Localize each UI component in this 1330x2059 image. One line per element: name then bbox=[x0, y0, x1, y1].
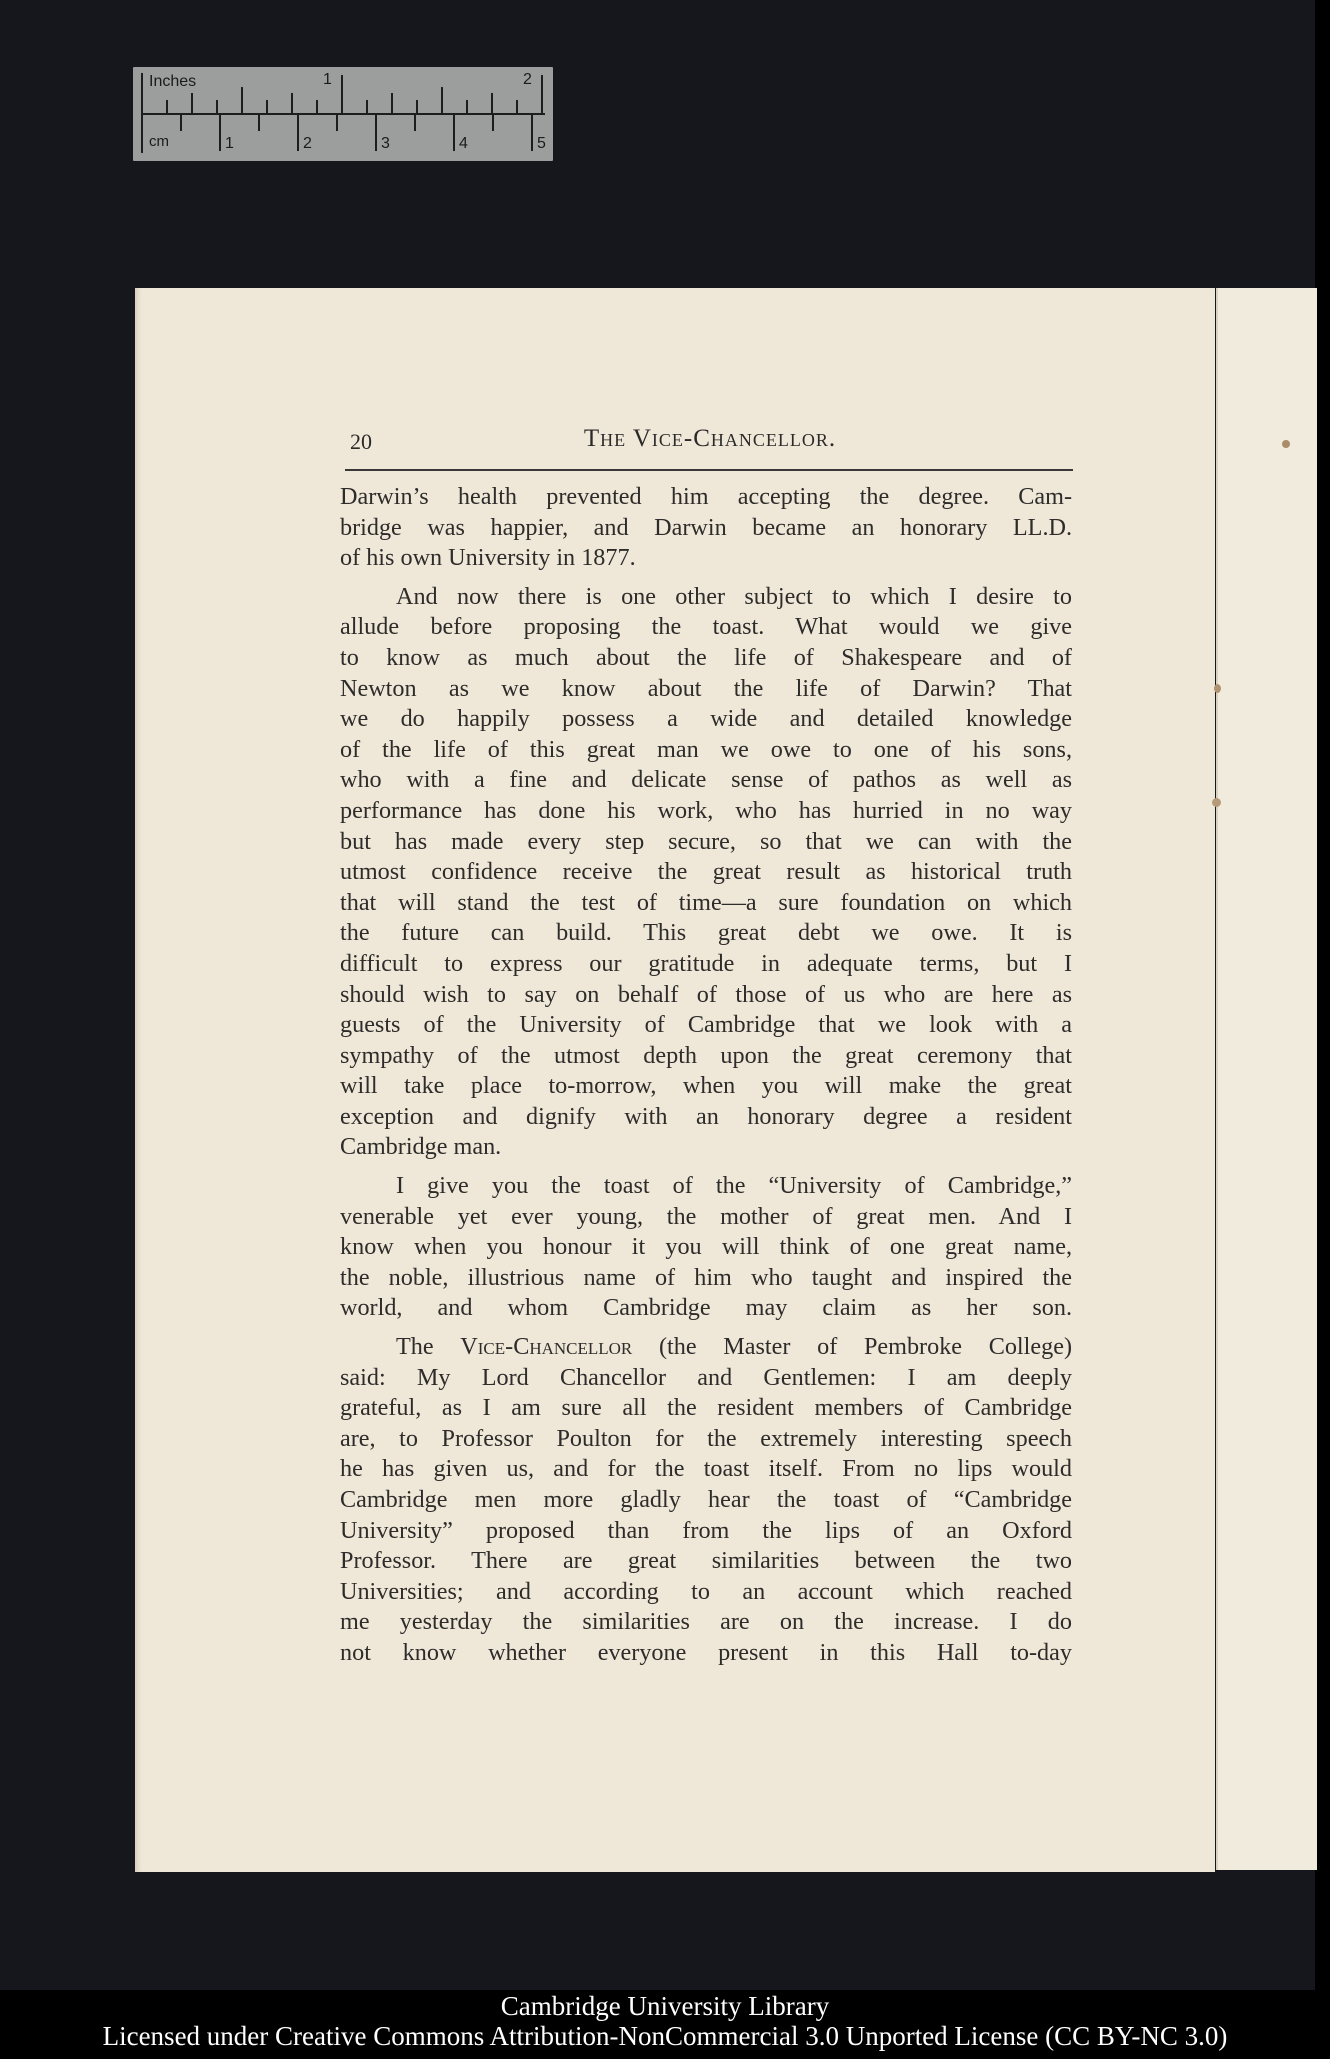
ruler-tick bbox=[216, 100, 218, 113]
ruler-baseline bbox=[141, 113, 545, 115]
running-header: 20 The Vice-Chancellor. bbox=[347, 423, 1073, 463]
ruler-tick bbox=[291, 93, 293, 113]
ruler-tick bbox=[366, 100, 368, 113]
binding-stitch bbox=[1214, 684, 1221, 693]
text-line: Professor. There are great similarities … bbox=[340, 1546, 1072, 1577]
text-line: he has given us, and for the toast itsel… bbox=[340, 1454, 1072, 1485]
ruler-tick bbox=[414, 113, 416, 131]
ruler-cm-label: cm bbox=[149, 133, 169, 150]
text-line: me yesterday the similarities are on the… bbox=[340, 1607, 1072, 1638]
speaker-name: Vice-Chancellor bbox=[460, 1333, 632, 1360]
text-line: but has made every step secure, so that … bbox=[340, 827, 1072, 858]
text-line: the noble, illustrious name of him who t… bbox=[340, 1263, 1072, 1294]
text-line: know when you honour it you will think o… bbox=[340, 1232, 1072, 1263]
text-line: who with a fine and delicate sense of pa… bbox=[340, 765, 1072, 796]
header-rule bbox=[345, 469, 1073, 471]
text-line: performance has done his work, who has h… bbox=[340, 796, 1072, 827]
ruler-tick bbox=[141, 113, 143, 153]
text-fragment: (the Master of Pembroke College) bbox=[632, 1333, 1072, 1360]
text-line: utmost confidence receive the great resu… bbox=[340, 857, 1072, 888]
book-page-right-edge bbox=[1216, 288, 1317, 1870]
text-line: bridge was happier, and Darwin became an… bbox=[340, 513, 1072, 544]
running-title: The Vice-Chancellor. bbox=[347, 425, 1073, 453]
text-line: world, and whom Cambridge may claim as h… bbox=[340, 1293, 1072, 1324]
text-line: Cambridge men more gladly hear the toast… bbox=[340, 1485, 1072, 1516]
ruler-inch-number: 2 bbox=[523, 71, 532, 89]
ruler-tick bbox=[141, 73, 143, 113]
ruler-cm-number: 5 bbox=[537, 135, 546, 153]
ruler-tick bbox=[416, 100, 418, 113]
text-line: And now there is one other subject to wh… bbox=[340, 582, 1072, 613]
ruler-tick bbox=[336, 113, 338, 131]
ruler-tick bbox=[341, 75, 343, 113]
ruler-tick bbox=[541, 75, 543, 113]
paragraph: Darwin’s health prevented him accepting … bbox=[340, 482, 1072, 574]
ruler-cm-number: 1 bbox=[225, 135, 234, 153]
ruler-tick bbox=[531, 113, 533, 151]
body-text: Darwin’s health prevented him accepting … bbox=[340, 482, 1072, 1669]
text-line: Newton as we know about the life of Darw… bbox=[340, 674, 1072, 705]
text-line: Universities; and according to an accoun… bbox=[340, 1577, 1072, 1608]
paper-spot bbox=[1282, 440, 1290, 448]
library-credit: Cambridge University Library bbox=[0, 1991, 1330, 2022]
ruler-tick bbox=[391, 93, 393, 113]
ruler-tick bbox=[191, 93, 193, 113]
text-line: of his own University in 1877. bbox=[340, 543, 1072, 574]
scale-ruler: Inches cm 1 2 1 2 3 4 5 bbox=[133, 67, 553, 161]
text-line: to know as much about the life of Shakes… bbox=[340, 643, 1072, 674]
text-line: Darwin’s health prevented him accepting … bbox=[340, 482, 1072, 513]
binding-stitch bbox=[1212, 798, 1221, 807]
text-line: of the life of this great man we owe to … bbox=[340, 735, 1072, 766]
text-line: I give you the toast of the “University … bbox=[340, 1171, 1072, 1202]
text-line: should wish to say on behalf of those of… bbox=[340, 980, 1072, 1011]
text-line: University” proposed than from the lips … bbox=[340, 1516, 1072, 1547]
paragraph: I give you the toast of the “University … bbox=[340, 1171, 1072, 1324]
ruler-inches-label: Inches bbox=[149, 73, 196, 91]
text-line: difficult to express our gratitude in ad… bbox=[340, 949, 1072, 980]
ruler-cm-number: 2 bbox=[303, 135, 312, 153]
ruler-tick bbox=[466, 100, 468, 113]
ruler-inch-number: 1 bbox=[323, 71, 332, 89]
ruler-tick bbox=[491, 93, 493, 113]
text-line: we do happily possess a wide and detaile… bbox=[340, 704, 1072, 735]
text-line: not know whether everyone present in thi… bbox=[340, 1638, 1072, 1669]
text-line: allude before proposing the toast. What … bbox=[340, 612, 1072, 643]
text-line: exception and dignify with an honorary d… bbox=[340, 1102, 1072, 1133]
ruler-tick bbox=[258, 113, 260, 131]
text-line: grateful, as I am sure all the resident … bbox=[340, 1393, 1072, 1424]
ruler-tick bbox=[297, 113, 299, 151]
ruler-tick bbox=[441, 87, 443, 113]
ruler-tick bbox=[180, 113, 182, 131]
ruler-tick bbox=[453, 113, 455, 151]
ruler-tick bbox=[516, 100, 518, 113]
ruler-tick bbox=[166, 100, 168, 113]
text-line: The Vice-Chancellor (the Master of Pembr… bbox=[340, 1332, 1072, 1363]
text-fragment: The bbox=[396, 1333, 460, 1360]
text-line: guests of the University of Cambridge th… bbox=[340, 1010, 1072, 1041]
ruler-tick bbox=[241, 87, 243, 113]
text-line: Cambridge man. bbox=[340, 1132, 1072, 1163]
text-line: are, to Professor Poulton for the extrem… bbox=[340, 1424, 1072, 1455]
text-line: said: My Lord Chancellor and Gentlemen: … bbox=[340, 1363, 1072, 1394]
text-line: will take place to-morrow, when you will… bbox=[340, 1071, 1072, 1102]
text-line: the future can build. This great debt we… bbox=[340, 918, 1072, 949]
ruler-tick bbox=[492, 113, 494, 131]
ruler-tick bbox=[219, 113, 221, 151]
text-line: sympathy of the utmost depth upon the gr… bbox=[340, 1041, 1072, 1072]
license-notice: Licensed under Creative Commons Attribut… bbox=[0, 2021, 1330, 2052]
ruler-tick bbox=[266, 100, 268, 113]
ruler-tick bbox=[316, 100, 318, 113]
ruler-cm-number: 4 bbox=[459, 135, 468, 153]
ruler-tick bbox=[375, 113, 377, 151]
paragraph: The Vice-Chancellor (the Master of Pembr… bbox=[340, 1332, 1072, 1669]
text-line: venerable yet ever young, the mother of … bbox=[340, 1202, 1072, 1233]
ruler-cm-number: 3 bbox=[381, 135, 390, 153]
text-line: that will stand the test of time—a sure … bbox=[340, 888, 1072, 919]
paragraph: And now there is one other subject to wh… bbox=[340, 582, 1072, 1163]
